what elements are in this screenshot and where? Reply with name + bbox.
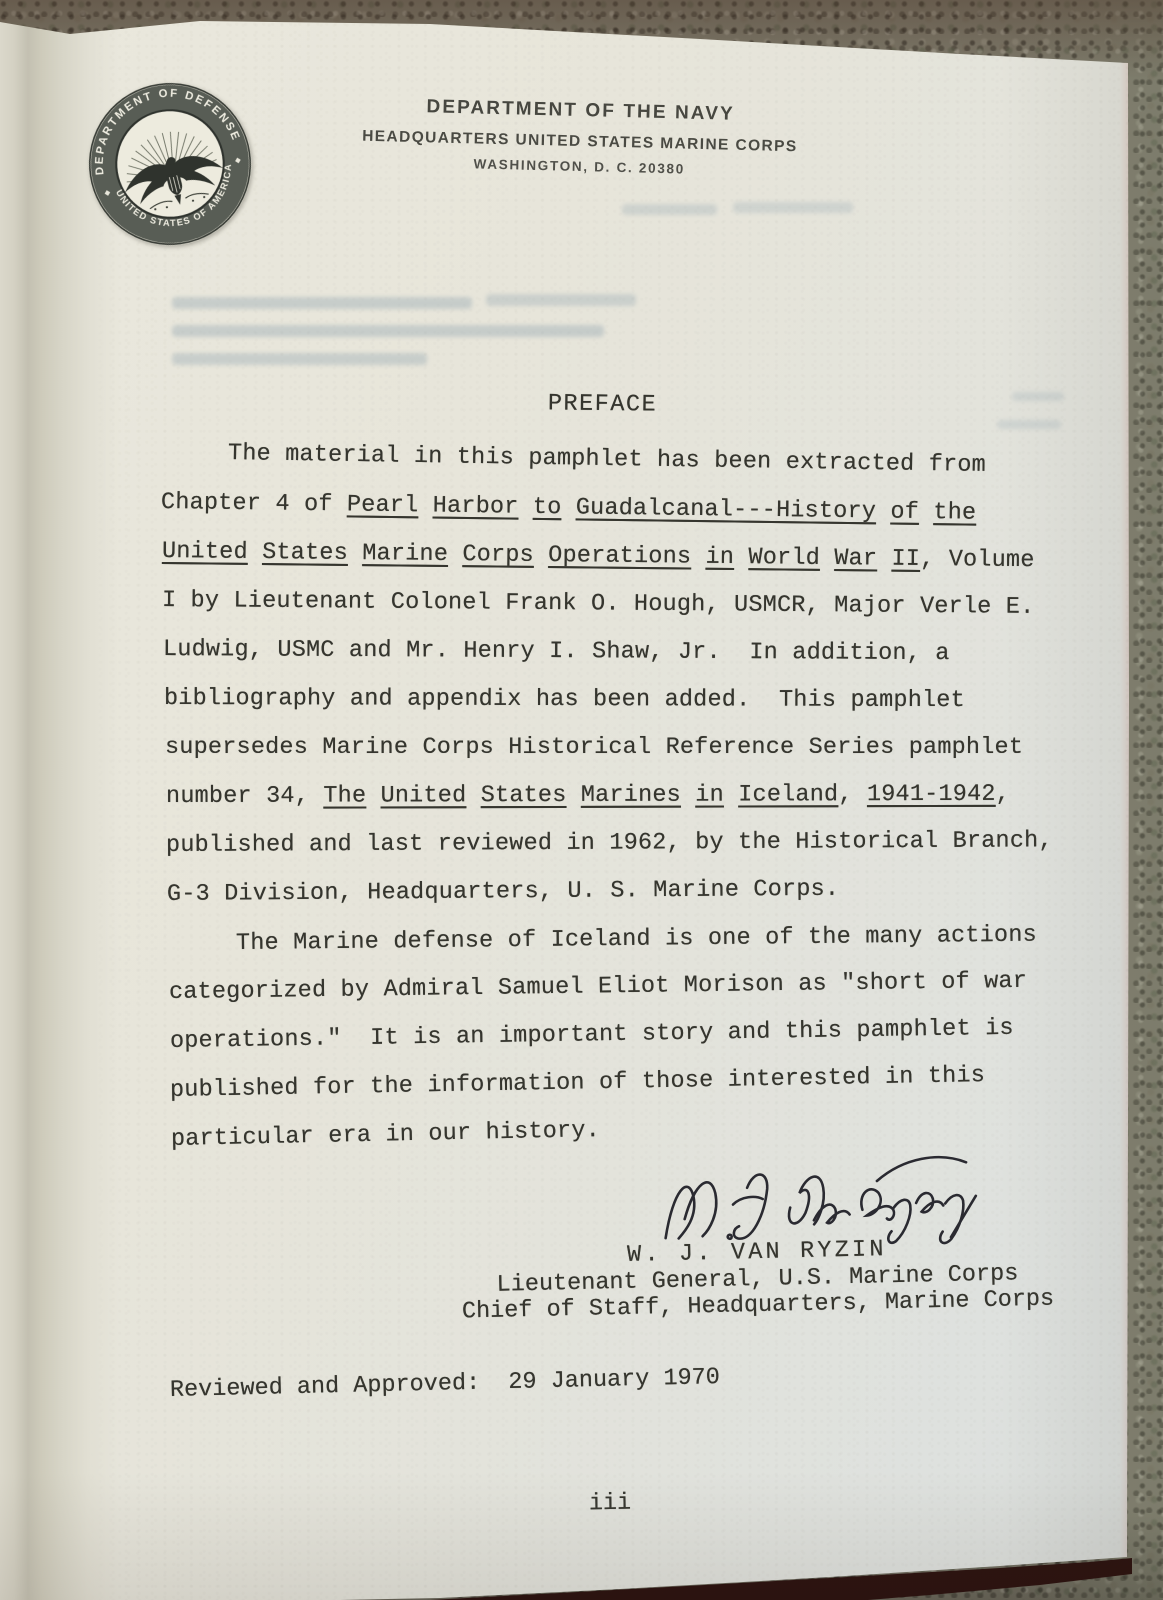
bleed-through-heading: [733, 202, 853, 213]
body-line: operations." It is an important story an…: [169, 1017, 1013, 1054]
seal-ring-top-text: DEPARTMENT OF DEFENSE: [78, 72, 243, 178]
seal-ring-bottom-text: UNITED STATES OF AMERICA: [113, 161, 245, 242]
body-line: supersedes Marine Corps Historical Refer…: [165, 736, 1023, 760]
seal-separator-left: ◆: [104, 187, 113, 197]
svg-text:DEPARTMENT OF DEFENSE: DEPARTMENT OF DEFENSE: [78, 72, 243, 178]
approval-date: 29 January 1970: [508, 1364, 720, 1396]
letterhead: DEPARTMENT OF THE NAVY HEADQUARTERS UNIT…: [299, 93, 861, 181]
bleed-through-line: [172, 325, 604, 337]
signature-block: W. J. VAN RYZIN Lieutenant General, U.S.…: [379, 1232, 1136, 1328]
page-number: iii: [560, 1489, 660, 1518]
svg-text:UNITED STATES OF AMERICA: UNITED STATES OF AMERICA: [113, 161, 245, 242]
page-gutter-shading: [0, 0, 120, 1600]
seal-eagle: [120, 146, 230, 218]
handwritten-signature: [647, 1139, 992, 1267]
signer-title-2: Chief of Staff, Headquarters, Marine Cor…: [380, 1285, 1135, 1328]
body-line: Chapter 4 of Pearl Harbor to Guadalcanal…: [161, 491, 977, 525]
body-line: United States Marine Corps Operations in…: [161, 540, 1034, 573]
approval-spacer: [480, 1369, 509, 1397]
body-line: I by Lieutenant Colonel Frank O. Hough, …: [162, 589, 1035, 619]
approval-line: Reviewed and Approved: 29 January 1970: [170, 1364, 721, 1404]
bleed-through-line: [172, 297, 472, 309]
body-line: bibliography and appendix has been added…: [164, 687, 965, 713]
bleed-through-mark: [997, 420, 1061, 429]
bleed-through-mark: [1012, 392, 1064, 401]
signer-name: W. J. VAN RYZIN: [379, 1232, 1134, 1275]
photo-of-book-page: DEPARTMENT OF DEFENSE UNITED STATES OF A…: [0, 0, 1163, 1600]
body-line: The Marine defense of Iceland is one of …: [236, 924, 1037, 956]
body-line: published for the information of those i…: [170, 1064, 986, 1102]
bleed-through-line: [172, 353, 427, 365]
body-line: categorized by Admiral Samuel Eliot Mori…: [169, 970, 1027, 1005]
seal-separator-right: ◆: [234, 155, 243, 165]
body-line: The material in this pamphlet has been e…: [228, 442, 986, 477]
bleed-through-heading: [622, 204, 717, 215]
body-line: particular era in our history.: [171, 1119, 600, 1151]
letterhead-line2: HEADQUARTERS UNITED STATES MARINE CORPS: [300, 126, 860, 158]
body-line: published and last reviewed in 1962, by …: [166, 829, 1053, 857]
body-line: G-3 Division, Headquarters, U. S. Marine…: [167, 878, 839, 907]
body-line: Ludwig, USMC and Mr. Henry I. Shaw, Jr. …: [163, 638, 950, 666]
department-of-defense-seal: DEPARTMENT OF DEFENSE UNITED STATES OF A…: [68, 62, 272, 266]
signer-title-1: Lieutenant General, U.S. Marine Corps: [380, 1258, 1135, 1301]
bleed-through-line: [486, 294, 636, 306]
page-title: PREFACE: [160, 386, 1045, 422]
body-line: number 34, The United States Marines in …: [166, 783, 1010, 809]
approval-label: Reviewed and Approved:: [170, 1370, 481, 1404]
book-page: DEPARTMENT OF DEFENSE UNITED STATES OF A…: [0, 0, 1163, 1600]
letterhead-line3: WASHINGTON, D. C. 20380: [299, 152, 859, 181]
seal-sunburst-rays: [117, 122, 218, 189]
letterhead-line1: DEPARTMENT OF THE NAVY: [300, 93, 860, 129]
